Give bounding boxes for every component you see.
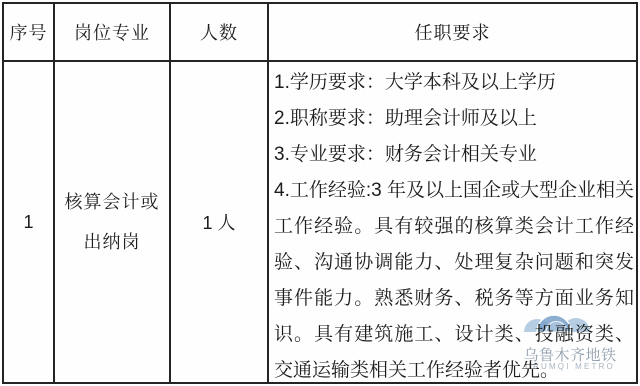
table-row: 1 核算会计或 出纳岗 1 人 1.学历要求：大学本科及以上学历 2.职称要求：… [4,62,636,382]
cell-position: 核算会计或 出纳岗 [55,62,171,382]
cell-index: 1 [4,62,55,382]
requirement-item-4: 4.工作经验:3 年及以上国企或大型企业相关工作经验。具有较强的核算类会计工作经… [274,173,634,386]
header-cell-requirements: 任职要求 [269,4,636,60]
position-line-2: 出纳岗 [84,222,141,262]
position-line-1: 核算会计或 [65,182,160,222]
cell-headcount: 1 人 [171,62,269,382]
recruitment-table: 序号 岗位专业 人数 任职要求 1 核算会计或 出纳岗 1 人 1.学历要求：大… [2,2,638,384]
header-cell-position: 岗位专业 [55,4,171,60]
requirement-item-3: 3.专业要求：财务会计相关专业 [274,137,634,173]
cell-requirements: 1.学历要求：大学本科及以上学历 2.职称要求：助理会计师及以上 3.专业要求：… [269,62,636,382]
header-cell-headcount: 人数 [171,4,269,60]
header-cell-index: 序号 [4,4,55,60]
requirement-item-2: 2.职称要求：助理会计师及以上 [274,101,634,137]
table-header-row: 序号 岗位专业 人数 任职要求 [4,4,636,62]
requirement-item-1: 1.学历要求：大学本科及以上学历 [274,65,634,101]
